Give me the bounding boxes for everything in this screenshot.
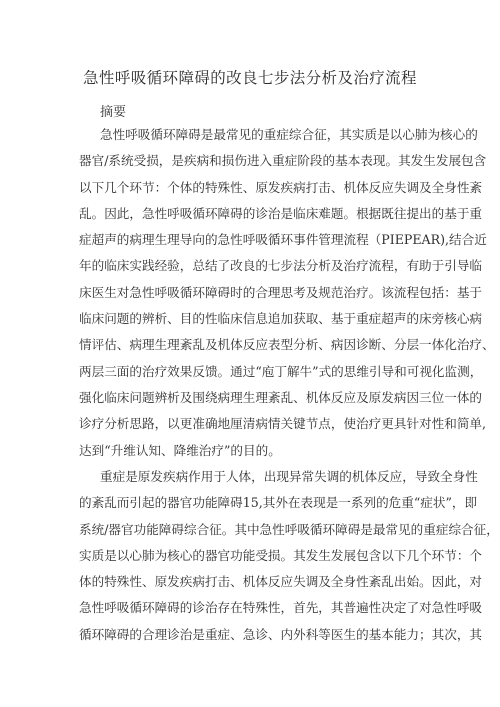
text-line: 体的特殊性、原发疾病打击、机体反应失调及全身性紊乱出始。因此，对: [79, 569, 429, 595]
text-line: 症超声的病理生理导向的急性呼吸循环事件管理流程（PIEPEAR),结合近: [79, 227, 429, 253]
text-line: 循环障碍的合理诊治是重症、急诊、内外科等医生的基本能力；其次，其: [79, 622, 429, 648]
text-line: 年的临床实践经验，总结了改良的七步法分析及治疗流程，有助于引导临: [79, 253, 429, 279]
text-line: 急性呼吸循环障碍是最常见的重症综合征，其实质是以心肺为核心的: [79, 122, 429, 148]
text-line: 诊疗分析思路，以更准确地厘清病情关键节点，使治疗更具针对性和简单,: [79, 411, 429, 437]
text-line: 实质是以心肺为核心的器官功能受损。其发生发展包含以下几个环节：个: [79, 543, 429, 569]
text-line: 乱。因此，急性呼吸循环障碍的诊治是临床难题。根据既往提出的基于重: [79, 201, 429, 227]
document-page: 急性呼吸循环障碍的改良七步法分析及治疗流程 摘要 急性呼吸循环障碍是最常见的重症…: [0, 0, 500, 707]
abstract-paragraph: 急性呼吸循环障碍是最常见的重症综合征，其实质是以心肺为核心的 器官/系统受损，是…: [79, 122, 429, 464]
document-title: 急性呼吸循环障碍的改良七步法分析及治疗流程: [0, 66, 500, 88]
text-line: 床医生对急性呼吸循环障碍时的合理思考及规范治疗。该流程包括：基于: [79, 280, 429, 306]
text-line: 器官/系统受损，是疾病和损伤进入重症阶段的基本表现。其发生发展包含: [79, 148, 429, 174]
text-line: 急性呼吸循环障碍的诊治存在特殊性，首先，其普遍性决定了对急性呼吸: [79, 595, 429, 621]
text-line: 两层三面的治疗效果反馈。通过“庖丁解牛”式的思维引导和可视化监测，: [79, 359, 429, 385]
body-paragraph: 重症是原发疾病作用于人体，出现异常失调的机体反应，导致全身性 的紊乱而引起的器官…: [79, 464, 429, 648]
text-line: 的紊乱而引起的器官功能障碍15,其外在表现是一系列的危重“症状”，即: [79, 490, 429, 516]
text-line: 以下几个环节：个体的特殊性、原发疾病打击、机体反应失调及全身性紊: [79, 175, 429, 201]
text-line: 情评估、病理生理紊乱及机体反应表型分析、病因诊断、分层一体化治疗、: [79, 332, 429, 358]
text-line: 临床问题的辨析、目的性临床信息追加获取、基于重症超声的床旁核心病: [79, 306, 429, 332]
text-line: 重症是原发疾病作用于人体，出现异常失调的机体反应，导致全身性: [79, 464, 429, 490]
text-line: 强化临床问题辨析及围绕病理生理紊乱、机体反应及原发病因三位一体的: [79, 385, 429, 411]
text-line: 系统/器官功能障碍综合征。其中急性呼吸循环障碍是最常见的重症综合征，: [79, 517, 429, 543]
text-line: 达到“升维认知、降维治疗”的目的。: [79, 438, 429, 464]
abstract-heading: 摘要: [100, 101, 126, 120]
